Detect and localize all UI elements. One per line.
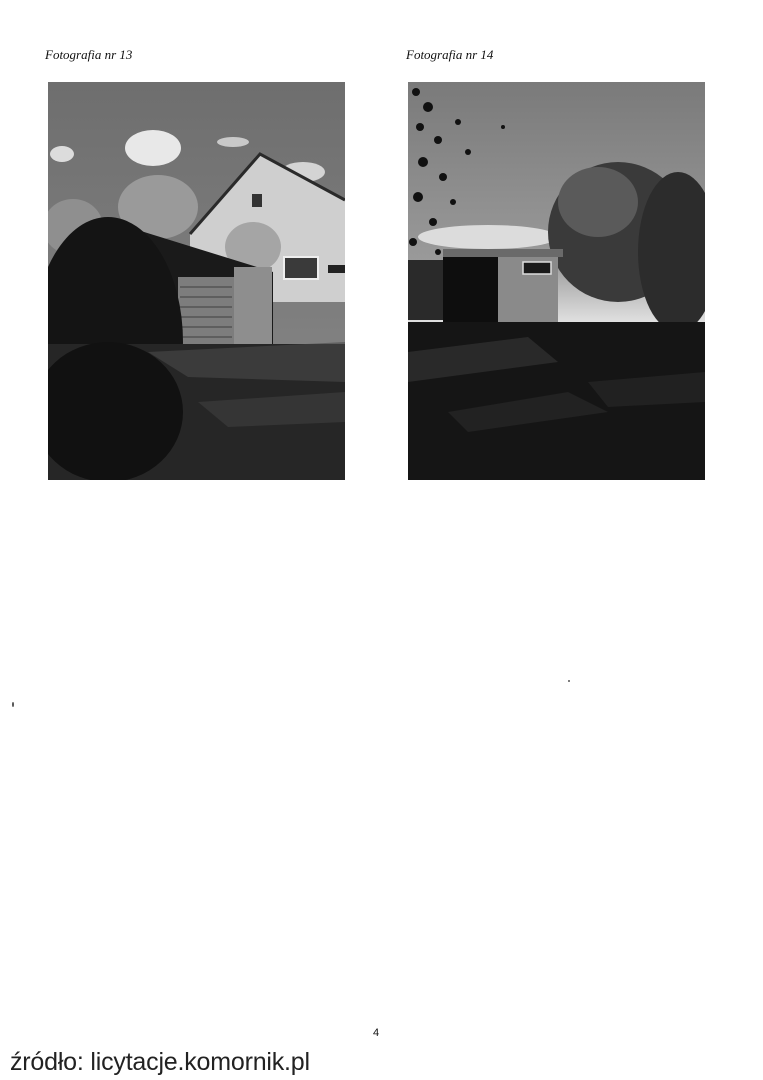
photo-13-caption: Fotografia nr 13 xyxy=(45,47,132,63)
page-number: 4 xyxy=(373,1027,379,1039)
photo-14 xyxy=(408,82,705,480)
photo-13-image xyxy=(48,82,345,480)
photo-13 xyxy=(48,82,345,480)
photo-14-caption: Fotografia nr 14 xyxy=(406,47,493,63)
scan-speck xyxy=(12,702,14,707)
source-label: źródło: licytacje.komornik.pl xyxy=(10,1048,310,1077)
photo-14-image xyxy=(408,82,705,480)
scan-speck xyxy=(568,680,570,682)
